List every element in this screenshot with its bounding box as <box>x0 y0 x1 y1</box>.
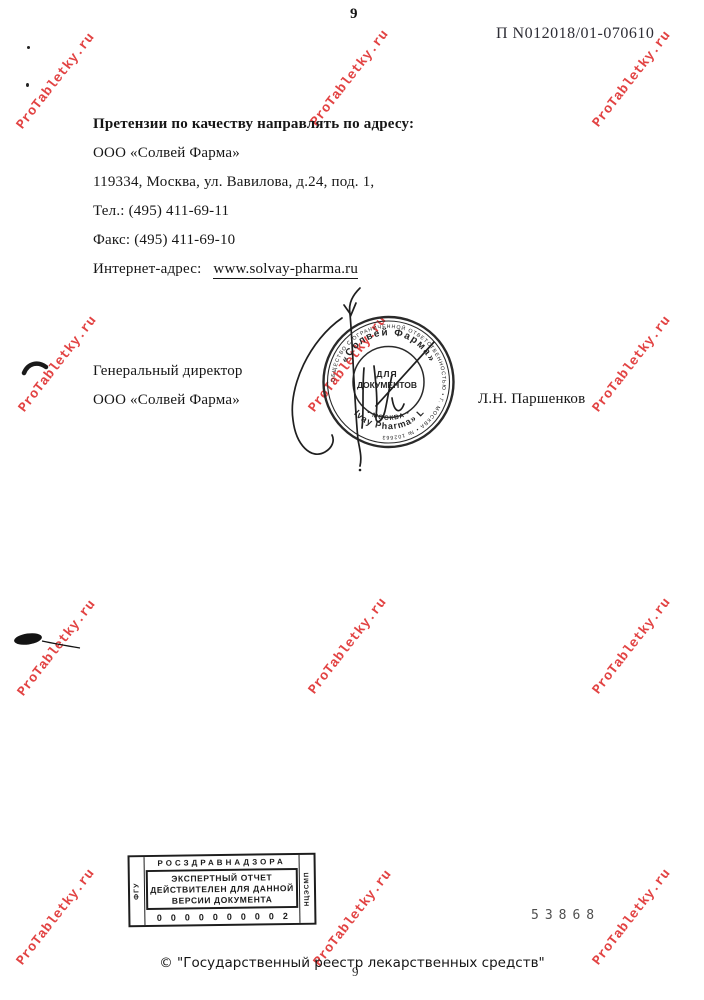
watermark-text: ProTabletky.ru <box>14 855 109 970</box>
expert-stamp-right-strip: НЦЭСМП <box>299 855 315 923</box>
expert-stamp-text-box: ЭКСПЕРТНЫЙ ОТЧЕТ ДЕЙСТВИТЕЛЕН ДЛЯ ДАННОЙ… <box>146 868 299 910</box>
website-label: Интернет-адрес: <box>93 261 201 277</box>
website-line: Интернет-адрес: www.solvay-pharma.ru <box>93 261 358 278</box>
fax-line: Факс: (495) 411-69-10 <box>93 232 235 249</box>
ink-dot-artifact-2 <box>26 83 29 87</box>
website-url: www.solvay-pharma.ru <box>213 261 358 279</box>
watermark-text: ProTabletky.ru <box>590 584 685 699</box>
scanned-document-page: ProTabletky.ru ProTabletky.ru ProTabletk… <box>0 0 704 1000</box>
expert-stamp-left-strip: ФГУ <box>130 857 146 925</box>
registration-number: П N012018/01-070610 <box>496 25 654 43</box>
expert-stamp-body: РОСЗДРАВНАДЗОРА ЭКСПЕРТНЫЙ ОТЧЕТ ДЕЙСТВИ… <box>145 855 300 925</box>
expert-stamp-line-3: ВЕРСИИ ДОКУМЕНТА <box>148 893 296 906</box>
ink-dot-artifact-1 <box>27 46 30 49</box>
page-number-bottom: 9 <box>352 964 359 980</box>
watermark-text: ProTabletky.ru <box>590 302 685 417</box>
expert-stamp-left-org: ФГУ <box>133 882 140 899</box>
director-title-line-1: Генеральный директор <box>93 363 243 380</box>
expert-stamp-right-org: НЦЭСМП <box>303 871 310 906</box>
director-title-line-2: ООО «Солвей Фарма» <box>93 392 240 409</box>
ink-blob-artifact <box>12 628 90 654</box>
ink-comma-artifact <box>21 358 49 378</box>
expert-report-stamp: ФГУ РОСЗДРАВНАДЗОРА ЭКСПЕРТНЫЙ ОТЧЕТ ДЕЙ… <box>128 853 317 928</box>
expert-stamp-code-digits: 0000000002 <box>145 908 299 925</box>
complaints-heading: Претензии по качеству направлять по адре… <box>93 116 414 133</box>
page-number: 9 <box>350 6 358 23</box>
company-name-line: ООО «Солвей Фарма» <box>93 145 240 162</box>
company-round-stamp: ОБЩЕСТВО С ОГРАНИЧЕННОЙ ОТВЕТСТВЕННОСТЬЮ… <box>280 278 492 483</box>
stamp-center-line-1: ДЛЯ <box>376 369 397 379</box>
watermark-text: ProTabletky.ru <box>590 855 685 970</box>
document-serial-number: 53868 <box>531 908 600 923</box>
stamp-center-line-2: ДОКУМЕНТОВ <box>357 380 417 390</box>
watermark-text: ProTabletky.ru <box>306 584 401 699</box>
phone-line: Тел.: (495) 411-69-11 <box>93 203 229 220</box>
address-line: 119334, Москва, ул. Вавилова, д.24, под.… <box>93 174 374 191</box>
signer-name: Л.Н. Паршенков <box>478 391 585 408</box>
watermark-text: ProTabletky.ru <box>308 16 403 131</box>
